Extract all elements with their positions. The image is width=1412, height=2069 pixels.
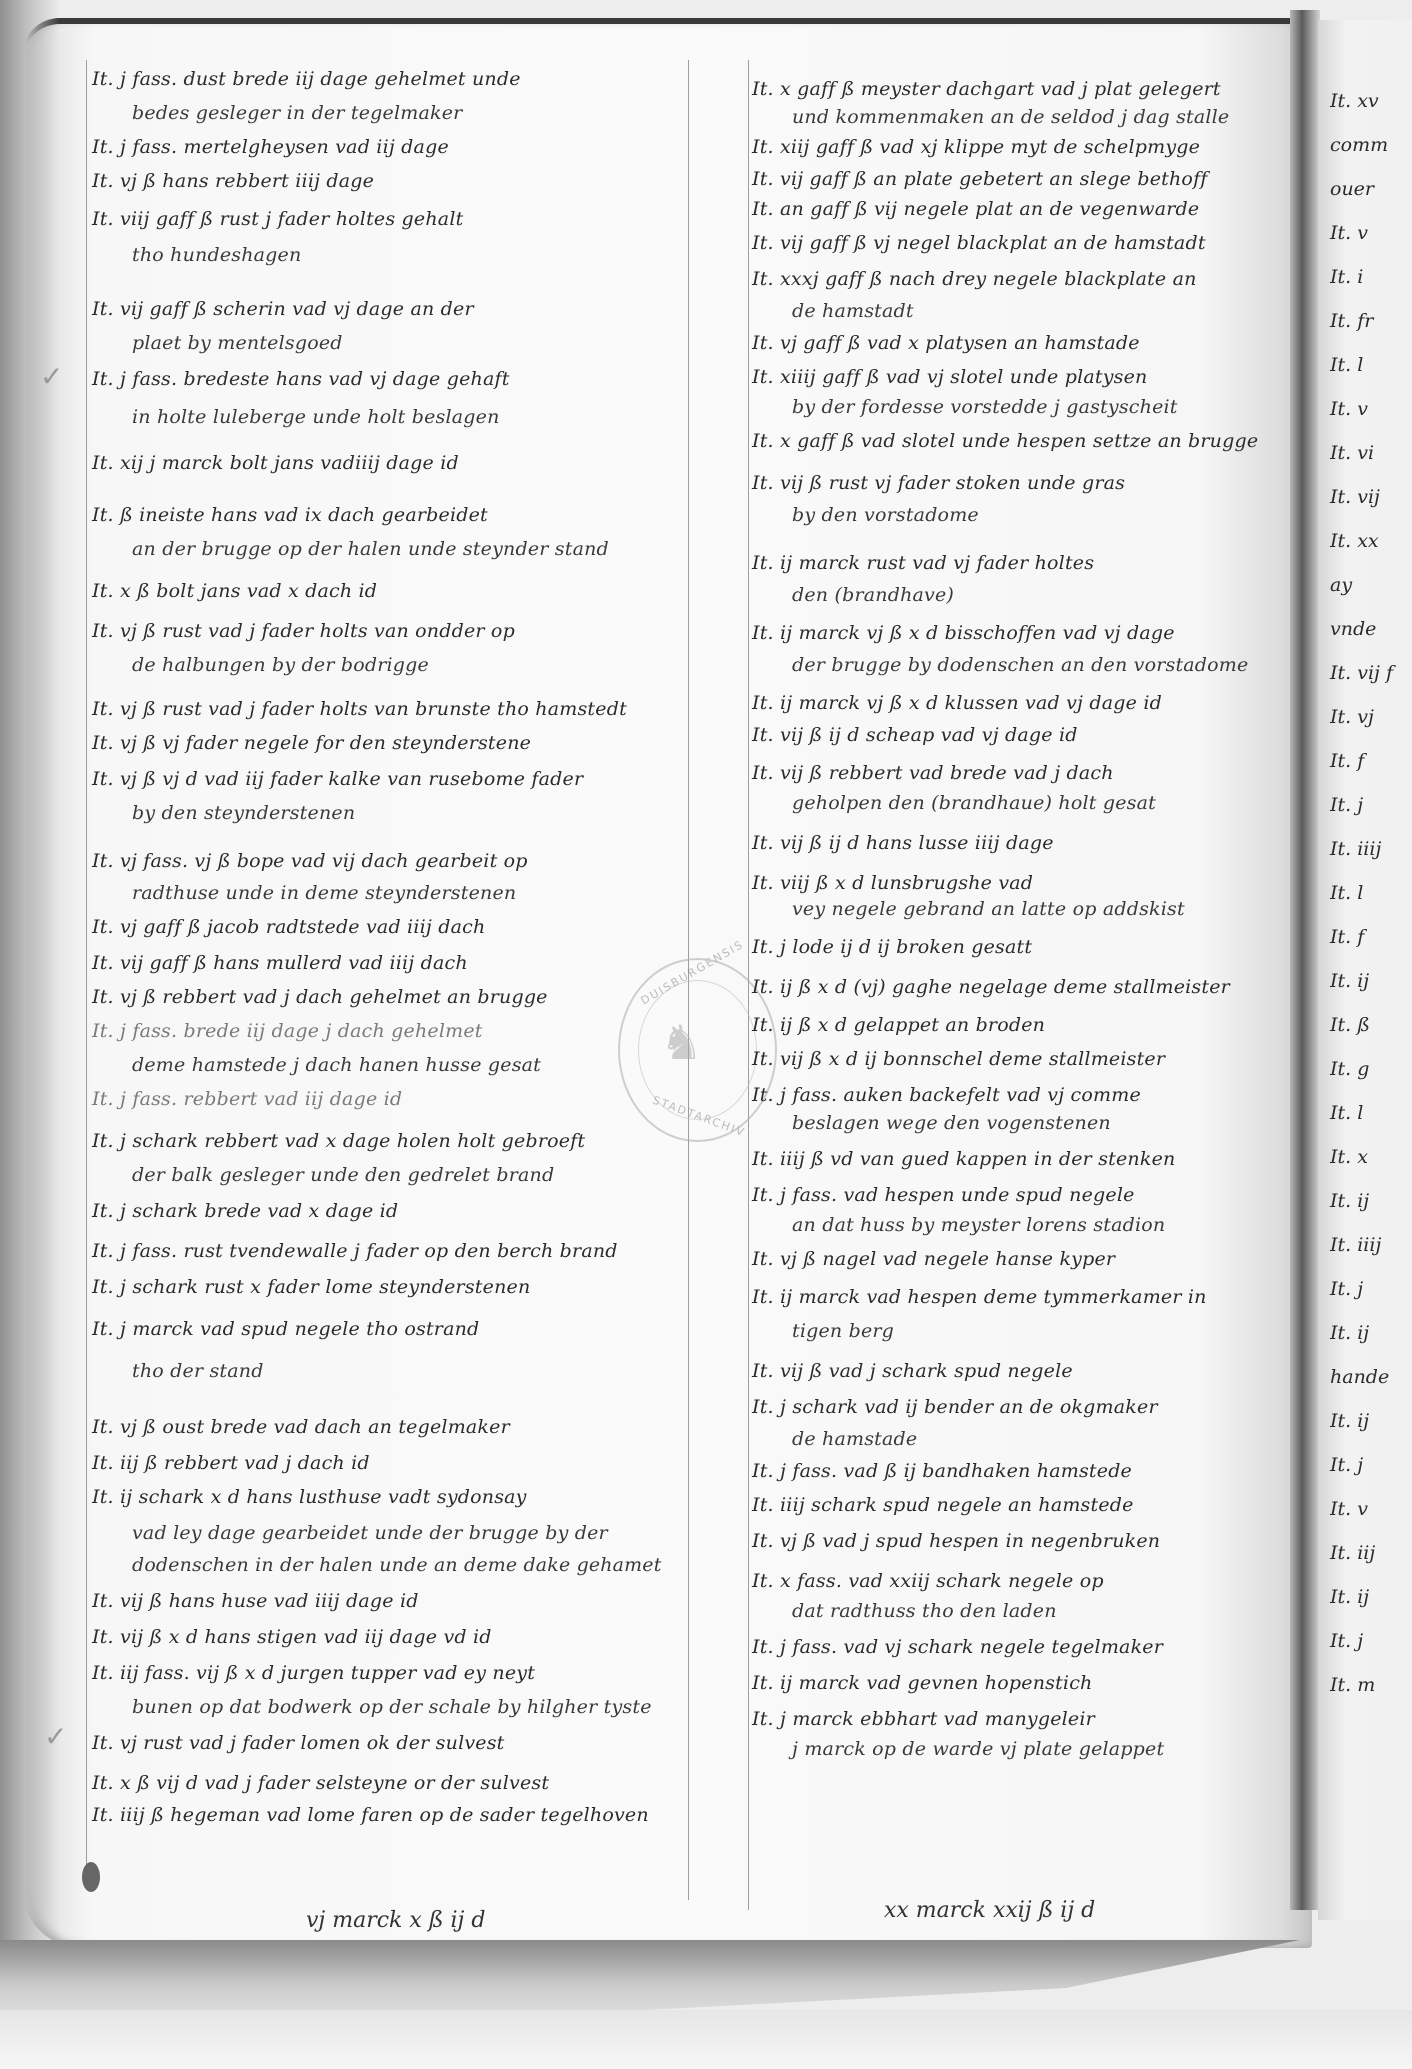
entry-text: It. ij marck vad gevnen hopenstich — [752, 1672, 1092, 1694]
entry-text: It. ij ß x d gelappet an broden — [752, 1014, 1045, 1036]
facing-page-line: It. vij f — [1330, 662, 1393, 684]
account-entry-line: It. iiij ß hegeman vad lome faren op de … — [92, 1804, 649, 1826]
entry-text: It. j fass. vad hespen unde spud negele — [752, 1184, 1135, 1206]
account-entry-line: It. x gaff ß vad slotel unde hespen sett… — [752, 430, 1258, 452]
facing-page-line: It. xx — [1330, 530, 1379, 552]
entry-text: It. j schark rebbert vad x dage holen ho… — [92, 1130, 585, 1152]
entry-continuation-line: vey negele gebrand an latte op addskist — [792, 898, 1185, 920]
entry-continuation-line: j marck op de warde vj plate gelappet — [792, 1738, 1164, 1760]
left-margin-rule — [86, 60, 87, 1890]
entry-continuation-line: und kommenmaken an de seldod j dag stall… — [792, 106, 1229, 128]
facing-page-line: hande — [1330, 1366, 1389, 1388]
entry-continuation-line: der brugge by dodenschen an den vorstado… — [792, 654, 1248, 676]
entry-text: der brugge by dodenschen an den vorstado… — [792, 654, 1248, 676]
entry-text: It. j fass. vad ß ij bandhaken hamstede — [752, 1460, 1132, 1482]
entry-text: It. xiiij gaff ß vad vj slotel unde plat… — [752, 366, 1148, 388]
entry-text: It. vij ß ij d hans lusse iiij dage — [752, 832, 1054, 854]
entry-text: It. vj gaff ß jacob radtstede vad iiij d… — [92, 916, 485, 938]
entry-text: It. vj ß rebbert vad j dach gehelmet an … — [92, 986, 548, 1008]
facing-page-line: It. j — [1330, 1278, 1363, 1300]
entry-text: j marck op de warde vj plate gelappet — [792, 1738, 1164, 1760]
facing-page-line: comm — [1330, 134, 1388, 156]
entry-text: It. j fass. mertelgheysen vad iij dage — [92, 136, 449, 158]
entry-text: beslagen wege den vogenstenen — [792, 1112, 1111, 1134]
account-entry-line: It. j marck ebbhart vad manygeleir — [752, 1708, 1095, 1730]
entry-text: vad ley dage gearbeidet unde der brugge … — [132, 1522, 608, 1544]
entry-continuation-line: tho hundeshagen — [132, 244, 301, 266]
entry-text: dat radthuss tho den laden — [792, 1600, 1057, 1622]
account-entry-line: It. ij marck vj ß x d klussen vad vj dag… — [752, 692, 1162, 714]
facing-page-line: It. l — [1330, 882, 1363, 904]
entry-text: de halbungen by der bodrigge — [132, 654, 429, 676]
binding-shadow — [0, 0, 60, 1960]
account-entry-line: It. ij ß x d (vj) gaghe negelage deme st… — [752, 976, 1230, 998]
facing-page-line: It. ß — [1330, 1014, 1370, 1036]
entry-text: It. iiij ß hegeman vad lome faren op de … — [92, 1804, 649, 1826]
entry-text: deme hamstede j dach hanen husse gesat — [132, 1054, 541, 1076]
margin-check-mark: ✓ — [40, 360, 63, 393]
entry-text: It. vj rust vad j fader lomen ok der sul… — [92, 1732, 505, 1754]
entry-continuation-line: vad ley dage gearbeidet unde der brugge … — [132, 1522, 608, 1544]
entry-text: It. vij gaff ß an plate gebetert an sleg… — [752, 168, 1208, 190]
account-entry-line: It. an gaff ß vij negele plat an de vege… — [752, 198, 1199, 220]
account-entry-line: It. j lode ij d ij broken gesatt — [752, 936, 1032, 958]
entry-text: It. ij marck vj ß x d klussen vad vj dag… — [752, 692, 1162, 714]
facing-page-line: It. ij — [1330, 1190, 1369, 1212]
account-entry-line: It. vij gaff ß hans mullerd vad iiij dac… — [92, 952, 468, 974]
entry-text: It. vj ß hans rebbert iiij dage — [92, 170, 374, 192]
facing-page-line: ouer — [1330, 178, 1374, 200]
entry-text: It. x gaff ß vad slotel unde hespen sett… — [752, 430, 1258, 452]
account-entry-line: It. vij ß vad j schark spud negele — [752, 1360, 1073, 1382]
entry-text: It. vij gaff ß hans mullerd vad iiij dac… — [92, 952, 468, 974]
facing-page-line: It. j — [1330, 1454, 1363, 1476]
entry-text: It. j schark rust x fader lome steynders… — [92, 1276, 530, 1298]
account-entry-line: It. j schark rebbert vad x dage holen ho… — [92, 1130, 585, 1152]
account-entry-line: It. vij ß rust vj fader stoken unde gras — [752, 472, 1125, 494]
account-entry-line: It. iij ß rebbert vad j dach id — [92, 1452, 370, 1474]
account-entry-line: It. x fass. vad xxiij schark negele op — [752, 1570, 1104, 1592]
entry-continuation-line: deme hamstede j dach hanen husse gesat — [132, 1054, 541, 1076]
account-entry-line: It. vj ß vad j spud hespen in negenbruke… — [752, 1530, 1160, 1552]
entry-continuation-line: beslagen wege den vogenstenen — [792, 1112, 1111, 1134]
entry-text: It. ij marck rust vad vj fader holtes — [752, 552, 1094, 574]
entry-text: It. ij marck vad hespen deme tymmerkamer… — [752, 1286, 1207, 1308]
facing-page-line: It. j — [1330, 794, 1363, 816]
facing-page-line: It. vj — [1330, 706, 1374, 728]
entry-text: It. vij ß rebbert vad brede vad j dach — [752, 762, 1114, 784]
account-entry-line: It. xij j marck bolt jans vadiiij dage i… — [92, 452, 459, 474]
account-entry-line: It. j fass. vad ß ij bandhaken hamstede — [752, 1460, 1132, 1482]
facing-page-line: It. iij — [1330, 1542, 1375, 1564]
right-column-total: xx marck xxij ß ij d — [884, 1898, 1095, 1923]
account-entry-line: It. vj ß rust vad j fader holts van ondd… — [92, 620, 515, 642]
account-entry-line: It. j schark vad ij bender an de okgmake… — [752, 1396, 1158, 1418]
entry-text: It. vj ß vj d vad iij fader kalke van ru… — [92, 768, 583, 790]
entry-text: bunen op dat bodwerk op der schale by hi… — [132, 1696, 652, 1718]
entry-text: It. j fass. rust tvendewalle j fader op … — [92, 1240, 618, 1262]
entry-text: It. j schark vad ij bender an de okgmake… — [752, 1396, 1158, 1418]
account-entry-line: It. ij marck vj ß x d bisschoffen vad vj… — [752, 622, 1175, 644]
facing-page-line: ay — [1330, 574, 1352, 596]
entry-text: It. ß ineiste hans vad ix dach gearbeide… — [92, 504, 488, 526]
facing-page-line: It. f — [1330, 750, 1364, 772]
entry-text: It. an gaff ß vij negele plat an de vege… — [752, 198, 1199, 220]
account-entry-line: It. vij gaff ß an plate gebetert an sleg… — [752, 168, 1208, 190]
entry-text: It. j fass. rebbert vad iij dage id — [92, 1088, 402, 1110]
facing-page-line: It. f — [1330, 926, 1364, 948]
account-entry-line: It. xiij gaff ß vad xj klippe myt de sch… — [752, 136, 1200, 158]
entry-continuation-line: bunen op dat bodwerk op der schale by hi… — [132, 1696, 652, 1718]
entry-text: It. j fass. vad vj schark negele tegelma… — [752, 1636, 1163, 1658]
account-entry-line: It. j fass. rust tvendewalle j fader op … — [92, 1240, 618, 1262]
entry-text: It. vij ß hans huse vad iiij dage id — [92, 1590, 419, 1612]
entry-text: tho der stand — [132, 1360, 264, 1382]
account-entry-line: It. vj ß nagel vad negele hanse kyper — [752, 1248, 1115, 1270]
entry-continuation-line: radthuse unde in deme steynderstenen — [132, 882, 516, 904]
entry-continuation-line: der balk gesleger unde den gedrelet bran… — [132, 1164, 554, 1186]
account-entry-line: It. vij ß x d ij bonnschel deme stallmei… — [752, 1048, 1165, 1070]
entry-text: It. vij ß rust vj fader stoken unde gras — [752, 472, 1125, 494]
facing-page-line: It. v — [1330, 222, 1368, 244]
entry-text: It. j fass. dust brede iij dage gehelmet… — [92, 68, 521, 90]
entry-text: It. j fass. auken backefelt vad vj comme — [752, 1084, 1141, 1106]
entry-text: by den vorstadome — [792, 504, 979, 526]
entry-continuation-line: de halbungen by der bodrigge — [132, 654, 429, 676]
entry-text: de hamstade — [792, 1428, 917, 1450]
facing-page-line: It. iiij — [1330, 838, 1381, 860]
entry-continuation-line: an der brugge op der halen unde steynder… — [132, 538, 609, 560]
facing-page-line: It. ij — [1330, 1410, 1369, 1432]
account-entry-line: It. vj ß oust brede vad dach an tegelmak… — [92, 1416, 510, 1438]
entry-text: It. viij gaff ß rust j fader holtes geha… — [92, 208, 463, 230]
facing-page-line: vnde — [1330, 618, 1376, 640]
entry-text: plaet by mentelsgoed — [132, 332, 343, 354]
account-entry-line: It. ij schark x d hans lusthuse vadt syd… — [92, 1486, 527, 1508]
account-entry-line: It. vj ß rust vad j fader holts van brun… — [92, 698, 627, 720]
margin-check-mark: ✓ — [44, 1720, 67, 1753]
account-entry-line: It. viij ß x d lunsbrugshe vad — [752, 872, 1033, 894]
entry-text: dodenschen in der halen unde an deme dak… — [132, 1554, 661, 1576]
account-entry-line: It. j fass. auken backefelt vad vj comme — [752, 1084, 1141, 1106]
entry-text: tigen berg — [792, 1320, 894, 1342]
facing-page-line: It. x — [1330, 1146, 1368, 1168]
entry-continuation-line: by den vorstadome — [792, 504, 979, 526]
entry-continuation-line: de hamstadt — [792, 300, 914, 322]
entry-continuation-line: plaet by mentelsgoed — [132, 332, 343, 354]
entry-text: It. j marck ebbhart vad manygeleir — [752, 1708, 1095, 1730]
entry-continuation-line: geholpen den (brandhaue) holt gesat — [792, 792, 1156, 814]
entry-text: It. vj fass. vj ß bope vad vij dach gear… — [92, 850, 528, 872]
account-entry-line: It. vj ß vj d vad iij fader kalke van ru… — [92, 768, 583, 790]
facing-page-line: It. j — [1330, 1630, 1363, 1652]
lion-emblem-icon: ♞ — [660, 1015, 703, 1071]
entry-text: It. vij gaff ß vj negel blackplat an de … — [752, 232, 1206, 254]
entry-text: It. j schark brede vad x dage id — [92, 1200, 398, 1222]
account-entry-line: It. vij gaff ß vj negel blackplat an de … — [752, 232, 1206, 254]
facing-page-line: It. v — [1330, 1498, 1368, 1520]
entry-text: It. x fass. vad xxiij schark negele op — [752, 1570, 1104, 1592]
entry-text: den (brandhave) — [792, 584, 954, 606]
entry-text: It. ij schark x d hans lusthuse vadt syd… — [92, 1486, 527, 1508]
account-entry-line: It. x gaff ß meyster dachgart vad j plat… — [752, 78, 1221, 100]
facing-page-line: It. vi — [1330, 442, 1374, 464]
entry-text: tho hundeshagen — [132, 244, 301, 266]
entry-text: It. viij ß x d lunsbrugshe vad — [752, 872, 1033, 894]
account-entry-line: It. ij ß x d gelappet an broden — [752, 1014, 1045, 1036]
entry-text: It. xiij gaff ß vad xj klippe myt de sch… — [752, 136, 1200, 158]
entry-text: It. xij j marck bolt jans vadiiij dage i… — [92, 452, 459, 474]
account-entry-line: It. vj gaff ß jacob radtstede vad iiij d… — [92, 916, 485, 938]
entry-text: It. x ß bolt jans vad x dach id — [92, 580, 377, 602]
account-entry-line: It. j marck vad spud negele tho ostrand — [92, 1318, 479, 1340]
entry-text: an dat huss by meyster lorens stadion — [792, 1214, 1165, 1236]
account-entry-line: It. j schark rust x fader lome steynders… — [92, 1276, 530, 1298]
scan-footer — [0, 2010, 1412, 2069]
account-entry-line: It. iiij schark spud negele an hamstede — [752, 1494, 1134, 1516]
facing-page-line: It. ij — [1330, 970, 1369, 992]
account-entry-line: It. j fass. mertelgheysen vad iij dage — [92, 136, 449, 158]
account-entry-line: It. ß ineiste hans vad ix dach gearbeide… — [92, 504, 488, 526]
entry-text: bedes gesleger in der tegelmaker — [132, 102, 462, 124]
entry-text: It. vj ß oust brede vad dach an tegelmak… — [92, 1416, 510, 1438]
account-entry-line: It. vij ß ij d scheap vad vj dage id — [752, 724, 1078, 746]
account-entry-line: It. vij ß hans huse vad iiij dage id — [92, 1590, 419, 1612]
entry-text: geholpen den (brandhaue) holt gesat — [792, 792, 1156, 814]
entry-text: It. x gaff ß meyster dachgart vad j plat… — [752, 78, 1221, 100]
entry-text: in holte luleberge unde holt beslagen — [132, 406, 500, 428]
account-entry-line: It. vij gaff ß scherin vad vj dage an de… — [92, 298, 474, 320]
entry-text: It. vj ß vad j spud hespen in negenbruke… — [752, 1530, 1160, 1552]
facing-page-line: It. v — [1330, 398, 1368, 420]
facing-page-line: It. ij — [1330, 1586, 1369, 1608]
account-entry-line: It. x ß vij d vad j fader selsteyne or d… — [92, 1772, 549, 1794]
facing-page-line: It. g — [1330, 1058, 1369, 1080]
facing-page-line: It. i — [1330, 266, 1363, 288]
account-entry-line: It. iij fass. vij ß x d jurgen tupper va… — [92, 1662, 535, 1684]
entry-text: It. j fass. brede iij dage j dach gehelm… — [92, 1020, 483, 1042]
account-entry-line: It. j fass. brede iij dage j dach gehelm… — [92, 1020, 483, 1042]
entry-continuation-line: de hamstade — [792, 1428, 917, 1450]
entry-text: de hamstadt — [792, 300, 914, 322]
facing-page-line: It. l — [1330, 1102, 1363, 1124]
entry-text: It. iiij ß vd van gued kappen in der ste… — [752, 1148, 1175, 1170]
entry-continuation-line: by der fordesse vorstedde j gastyscheit — [792, 396, 1178, 418]
facing-page-sliver: It. xvcommouerIt. vIt. iIt. frIt. lIt. v… — [1318, 20, 1412, 1920]
account-entry-line: It. j fass. vad vj schark negele tegelma… — [752, 1636, 1163, 1658]
entry-continuation-line: by den steynderstenen — [132, 802, 355, 824]
account-entry-line: It. iiij ß vd van gued kappen in der ste… — [752, 1148, 1175, 1170]
entry-text: It. vj ß rust vad j fader holts van brun… — [92, 698, 627, 720]
entry-text: It. x ß vij d vad j fader selsteyne or d… — [92, 1772, 549, 1794]
account-entry-line: It. vj rust vad j fader lomen ok der sul… — [92, 1732, 505, 1754]
account-entry-line: It. vj ß vj fader negele for den steynde… — [92, 732, 531, 754]
facing-page-line: It. fr — [1330, 310, 1373, 332]
entry-text: It. vj ß nagel vad negele hanse kyper — [752, 1248, 1115, 1270]
account-entry-line: It. xiiij gaff ß vad vj slotel unde plat… — [752, 366, 1148, 388]
entry-text: It. vij ß ij d scheap vad vj dage id — [752, 724, 1078, 746]
account-entry-line: It. ij marck vad gevnen hopenstich — [752, 1672, 1092, 1694]
account-entry-line: It. xxxj gaff ß nach drey negele blackpl… — [752, 268, 1197, 290]
account-entry-line: It. vij ß rebbert vad brede vad j dach — [752, 762, 1114, 784]
entry-continuation-line: an dat huss by meyster lorens stadion — [792, 1214, 1165, 1236]
account-entry-line: It. j fass. vad hespen unde spud negele — [752, 1184, 1135, 1206]
entry-text: It. vij ß x d ij bonnschel deme stallmei… — [752, 1048, 1165, 1070]
account-entry-line: It. ij marck rust vad vj fader holtes — [752, 552, 1094, 574]
entry-text: It. ij ß x d (vj) gaghe negelage deme st… — [752, 976, 1230, 998]
facing-page-line: It. xv — [1330, 90, 1379, 112]
facing-page-line: It. vij — [1330, 486, 1380, 508]
account-entry-line: It. vj ß rebbert vad j dach gehelmet an … — [92, 986, 548, 1008]
entry-text: an der brugge op der halen unde steynder… — [132, 538, 609, 560]
entry-text: It. vij ß vad j schark spud negele — [752, 1360, 1073, 1382]
account-entry-line: It. vj ß hans rebbert iiij dage — [92, 170, 374, 192]
book-gutter — [1290, 10, 1320, 1910]
entry-text: by den steynderstenen — [132, 802, 355, 824]
account-entry-line: It. vij ß x d hans stigen vad iij dage v… — [92, 1626, 492, 1648]
entry-text: It. vij gaff ß scherin vad vj dage an de… — [92, 298, 474, 320]
entry-text: It. j marck vad spud negele tho ostrand — [92, 1318, 479, 1340]
entry-text: It. vij ß x d hans stigen vad iij dage v… — [92, 1626, 492, 1648]
entry-text: It. vj ß rust vad j fader holts van ondd… — [92, 620, 515, 642]
facing-page-line: It. iiij — [1330, 1234, 1381, 1256]
entry-continuation-line: in holte luleberge unde holt beslagen — [132, 406, 500, 428]
entry-text: radthuse unde in deme steynderstenen — [132, 882, 516, 904]
entry-text: der balk gesleger unde den gedrelet bran… — [132, 1164, 554, 1186]
account-entry-line: It. j fass. bredeste hans vad vj dage ge… — [92, 368, 510, 390]
account-entry-line: It. x ß bolt jans vad x dach id — [92, 580, 377, 602]
account-entry-line: It. j schark brede vad x dage id — [92, 1200, 398, 1222]
entry-text: It. vj ß vj fader negele for den steynde… — [92, 732, 531, 754]
entry-text: It. xxxj gaff ß nach drey negele blackpl… — [752, 268, 1197, 290]
entry-text: It. j fass. bredeste hans vad vj dage ge… — [92, 368, 510, 390]
entry-text: by der fordesse vorstedde j gastyscheit — [792, 396, 1178, 418]
entry-continuation-line: tigen berg — [792, 1320, 894, 1342]
entry-text: vey negele gebrand an latte op addskist — [792, 898, 1185, 920]
entry-continuation-line: tho der stand — [132, 1360, 264, 1382]
entry-text: It. ij marck vj ß x d bisschoffen vad vj… — [752, 622, 1175, 644]
ink-blot — [82, 1862, 100, 1892]
account-entry-line: It. vj fass. vj ß bope vad vij dach gear… — [92, 850, 528, 872]
entry-text: und kommenmaken an de seldod j dag stall… — [792, 106, 1229, 128]
account-entry-line: It. vij ß ij d hans lusse iiij dage — [752, 832, 1054, 854]
facing-page-line: It. l — [1330, 354, 1363, 376]
account-entry-line: It. vj gaff ß vad x platysen an hamstade — [752, 332, 1140, 354]
entry-continuation-line: dat radthuss tho den laden — [792, 1600, 1057, 1622]
account-entry-line: It. ij marck vad hespen deme tymmerkamer… — [752, 1286, 1207, 1308]
facing-page-line: It. m — [1330, 1674, 1375, 1696]
entry-continuation-line: bedes gesleger in der tegelmaker — [132, 102, 462, 124]
entry-text: It. j lode ij d ij broken gesatt — [752, 936, 1032, 958]
entry-text: It. iiij schark spud negele an hamstede — [752, 1494, 1134, 1516]
account-entry-line: It. j fass. rebbert vad iij dage id — [92, 1088, 402, 1110]
account-entry-line: It. viij gaff ß rust j fader holtes geha… — [92, 208, 463, 230]
entry-continuation-line: dodenschen in der halen unde an deme dak… — [132, 1554, 661, 1576]
entry-text: It. vj gaff ß vad x platysen an hamstade — [752, 332, 1140, 354]
entry-continuation-line: den (brandhave) — [792, 584, 954, 606]
facing-page-line: It. ij — [1330, 1322, 1369, 1344]
entry-text: It. iij fass. vij ß x d jurgen tupper va… — [92, 1662, 535, 1684]
entry-text: It. iij ß rebbert vad j dach id — [92, 1452, 370, 1474]
account-entry-line: It. j fass. dust brede iij dage gehelmet… — [92, 68, 521, 90]
left-column-total: vj marck x ß ij d — [306, 1908, 485, 1933]
